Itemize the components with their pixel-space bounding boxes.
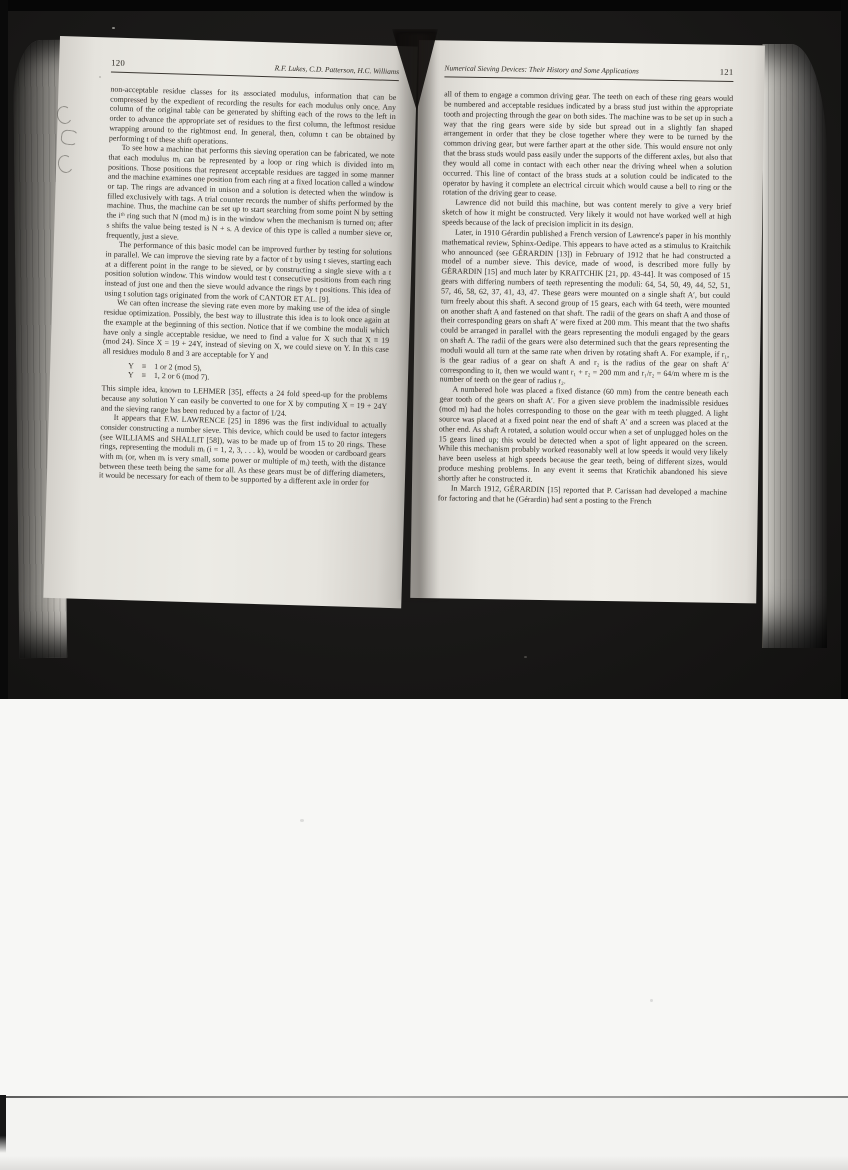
scanner-bottom-band <box>0 1156 848 1170</box>
photo-frame-right <box>841 0 848 699</box>
left-page-body: non-acceptable residue classes for its a… <box>99 85 397 489</box>
dust-speck <box>650 999 653 1002</box>
paragraph: To see how a machine that performs this … <box>106 143 395 248</box>
paragraph: A numbered hole was placed a fixed dista… <box>438 385 729 488</box>
paragraph: Lawrence did not build this machine, but… <box>442 198 731 232</box>
dust-speck <box>524 656 527 658</box>
paragraph: all of them to engage a common driving g… <box>443 89 734 202</box>
book-page-right: Numerical Sieving Devices: Their History… <box>410 40 765 603</box>
book-page-left: 120 R.F. Lukes, C.D. Patterson, H.C. Wil… <box>43 36 418 608</box>
left-page-number: 120 <box>111 58 125 68</box>
photo-frame-top <box>0 0 848 11</box>
photo-frame-left <box>0 0 8 699</box>
paragraph: In March 1912, GÉRARDIN [15] reported th… <box>438 483 727 507</box>
scanned-book-photo: 120 R.F. Lukes, C.D. Patterson, H.C. Wil… <box>0 0 848 1170</box>
scan-edge-strip <box>0 1095 6 1153</box>
left-running-head: R.F. Lukes, C.D. Patterson, H.C. William… <box>275 63 400 76</box>
paragraph: non-acceptable residue classes for its a… <box>109 85 397 152</box>
paragraph: The performance of this basic model can … <box>104 240 392 307</box>
dust-speck <box>300 819 304 822</box>
paragraph: It appears that F.W. LAWRENCE [25] in 18… <box>99 413 387 489</box>
left-page-header: 120 R.F. Lukes, C.D. Patterson, H.C. Wil… <box>111 58 399 82</box>
right-running-head: Numerical Sieving Devices: Their History… <box>444 63 638 75</box>
right-page-header: Numerical Sieving Devices: Their History… <box>444 62 733 82</box>
scan-artifact-line <box>0 1096 848 1098</box>
paragraph: We can often increase the sieving rate e… <box>103 298 391 365</box>
right-page-number: 121 <box>720 67 734 77</box>
scanner-background <box>0 699 848 1170</box>
right-page-body: all of them to engage a common driving g… <box>438 89 733 507</box>
equation-block: Y ≡ 1 or 2 (mod 5),Y ≡ 1, 2 or 6 (mod 7)… <box>128 361 388 388</box>
paragraph: Later, in 1910 Gérardin published a Fren… <box>440 227 731 389</box>
book-fore-edge-right <box>762 44 827 648</box>
photo-background: 120 R.F. Lukes, C.D. Patterson, H.C. Wil… <box>0 0 848 699</box>
dust-speck <box>99 76 101 78</box>
dust-speck <box>112 27 115 29</box>
